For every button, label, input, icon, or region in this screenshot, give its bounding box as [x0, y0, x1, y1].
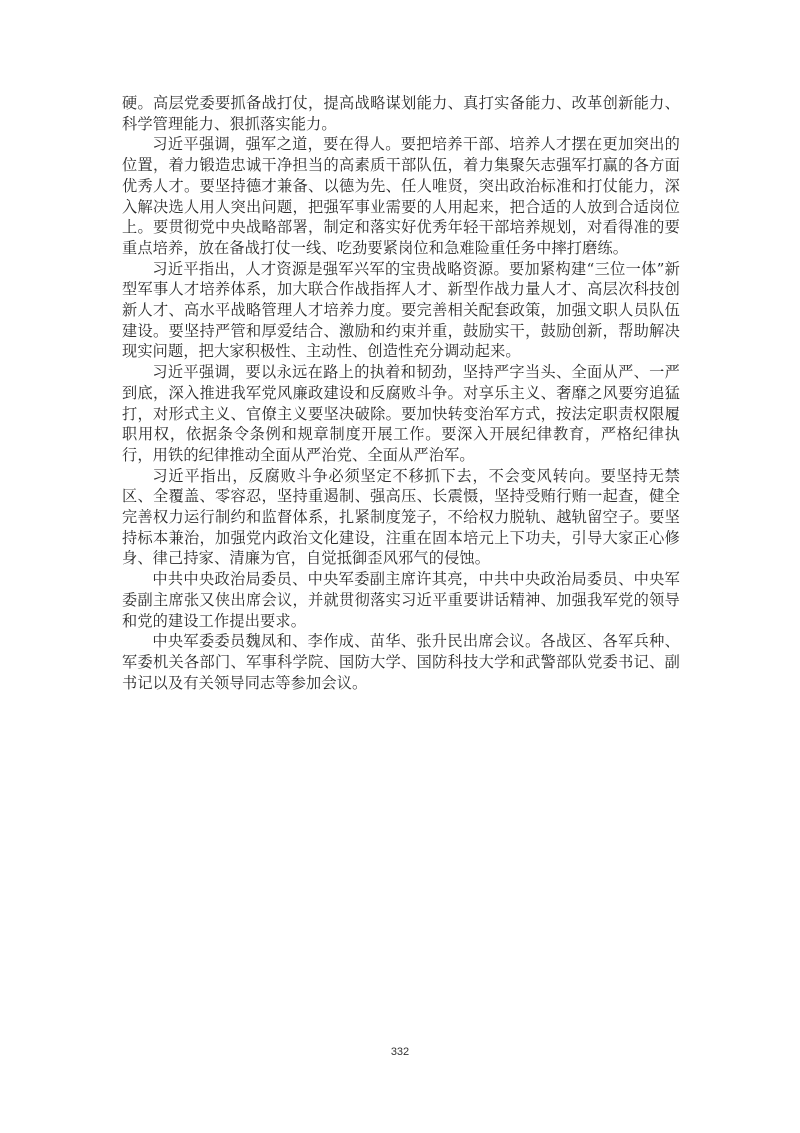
- paragraph-7: 中央军委委员魏凤和、李作成、苗华、张升民出席会议。各战区、各军兵种、军委机关各部…: [122, 631, 680, 693]
- paragraph-2: 习近平强调，强军之道，要在得人。要把培养干部、培养人才摆在更加突出的位置，着力锻…: [122, 134, 680, 258]
- page-number: 332: [0, 1046, 800, 1058]
- paragraph-1: 硬。高层党委要抓备战打仗，提高战略谋划能力、真打实备能力、改革创新能力、科学管理…: [122, 93, 680, 134]
- paragraph-3: 习近平指出，人才资源是强军兴军的宝贵战略资源。要加紧构建“三位一体”新型军事人才…: [122, 259, 680, 363]
- paragraph-5: 习近平指出，反腐败斗争必须坚定不移抓下去，不会变风转向。要坚持无禁区、全覆盖、零…: [122, 466, 680, 570]
- paragraph-4: 习近平强调，要以永远在路上的执着和韧劲，坚持严字当头、全面从严、一严到底，深入推…: [122, 362, 680, 466]
- document-body: 硬。高层党委要抓备战打仗，提高战略谋划能力、真打实备能力、改革创新能力、科学管理…: [122, 93, 680, 693]
- paragraph-6: 中共中央政治局委员、中央军委副主席许其亮，中共中央政治局委员、中央军委副主席张又…: [122, 569, 680, 631]
